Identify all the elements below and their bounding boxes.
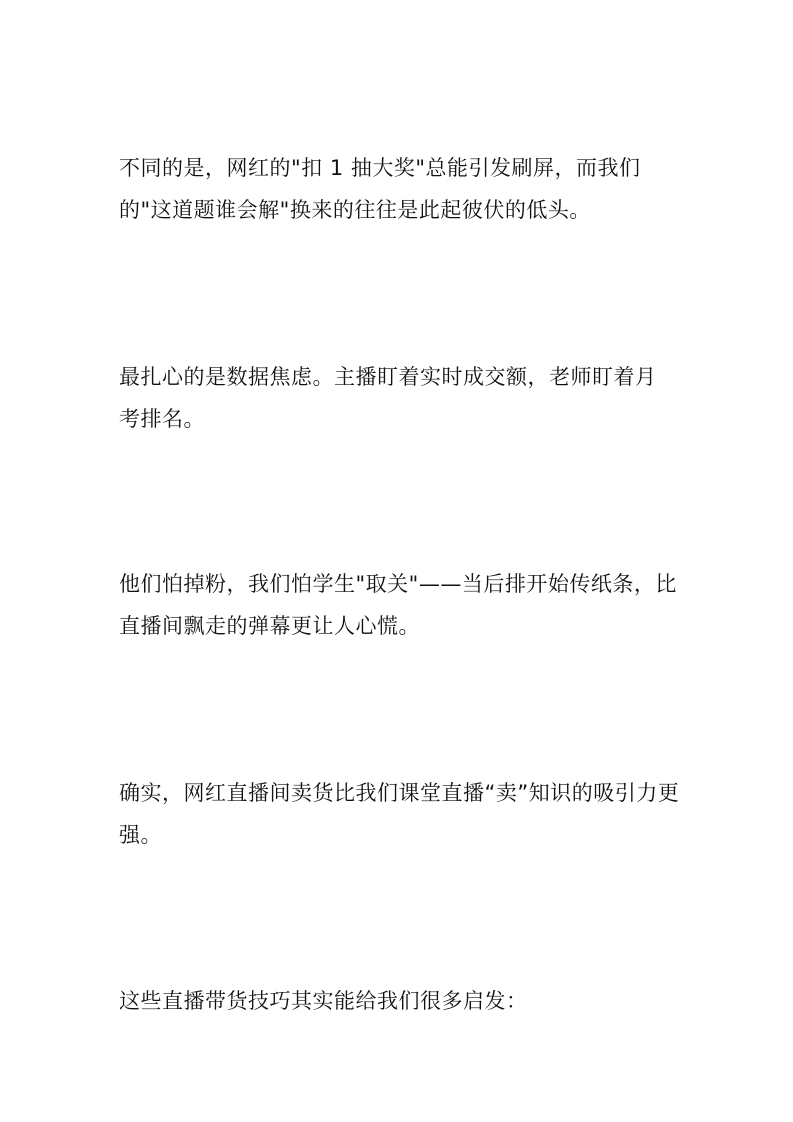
- paragraph-4: 确实，网红直播间卖货比我们课堂直播“卖”知识的吸引力更 强。: [119, 772, 689, 856]
- paragraph-line: 不同的是，网红的"扣 1 抽大奖"总能引发刷屏，而我们: [119, 156, 641, 180]
- paragraph-line: 他们怕掉粉，我们怕学生"取关"——当后排开始传纸条，比: [119, 572, 677, 596]
- paragraph-line: 这些直播带货技巧其实能给我们很多启发：: [119, 989, 528, 1013]
- paragraph-line: 最扎心的是数据焦虑。主播盯着实时成交额，老师盯着月: [119, 365, 657, 389]
- paragraph-line: 强。: [119, 823, 162, 847]
- paragraph-2: 最扎心的是数据焦虑。主播盯着实时成交额，老师盯着月 考排名。: [119, 356, 689, 440]
- paragraph-5: 这些直播带货技巧其实能给我们很多启发：: [119, 980, 689, 1022]
- paragraph-line: 考排名。: [119, 407, 205, 431]
- paragraph-line: 确实，网红直播间卖货比我们课堂直播“卖”知识的吸引力更: [119, 781, 679, 805]
- paragraph-1: 不同的是，网红的"扣 1 抽大奖"总能引发刷屏，而我们 的"这道题谁会解"换来的…: [119, 147, 689, 231]
- paragraph-3: 他们怕掉粉，我们怕学生"取关"——当后排开始传纸条，比 直播间飘走的弹幕更让人心…: [119, 563, 689, 647]
- paragraph-line: 的"这道题谁会解"换来的往往是此起彼伏的低头。: [119, 198, 591, 222]
- paragraph-line: 直播间飘走的弹幕更让人心慌。: [119, 614, 420, 638]
